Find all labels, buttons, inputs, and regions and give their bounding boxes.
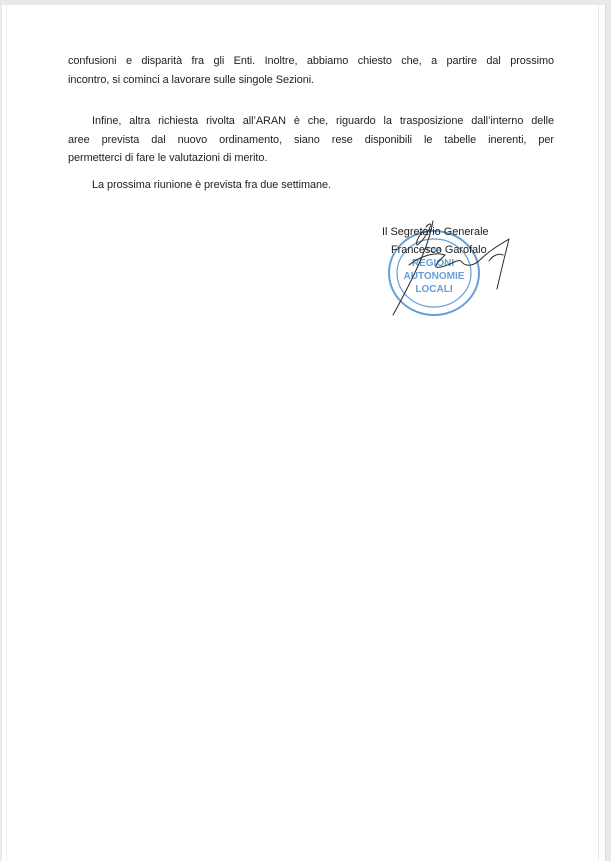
paragraph-1: confusioni e disparità fra gli Enti. Ino… <box>68 52 554 89</box>
paragraph-line: confusioni e disparità fra gli Enti. Ino… <box>68 52 554 71</box>
paragraph-line: aree prevista dal nuovo ordinamento, sia… <box>68 131 554 150</box>
paragraph-line: permetterci di fare le valutazioni di me… <box>68 149 554 168</box>
signatory-title: Il Segretario Generale <box>382 226 489 238</box>
scan-edge-right <box>598 5 599 861</box>
paragraph-2: Infine, altra richiesta rivolta all’ARAN… <box>68 112 554 168</box>
paragraph-line: La prossima riunione è prevista fra due … <box>68 176 554 195</box>
signature-block: Il Segretario Generale Francesco Garofal… <box>382 226 542 326</box>
paragraph-3: La prossima riunione è prevista fra due … <box>68 176 554 195</box>
paragraph-line: Infine, altra richiesta rivolta all’ARAN… <box>68 112 554 131</box>
paragraph-line: incontro, si cominci a lavorare sulle si… <box>68 71 554 90</box>
document-viewer: confusioni e disparità fra gli Enti. Ino… <box>0 0 611 861</box>
signatory-name: Francesco Garofalo <box>391 244 487 256</box>
scan-edge-left <box>6 5 7 861</box>
